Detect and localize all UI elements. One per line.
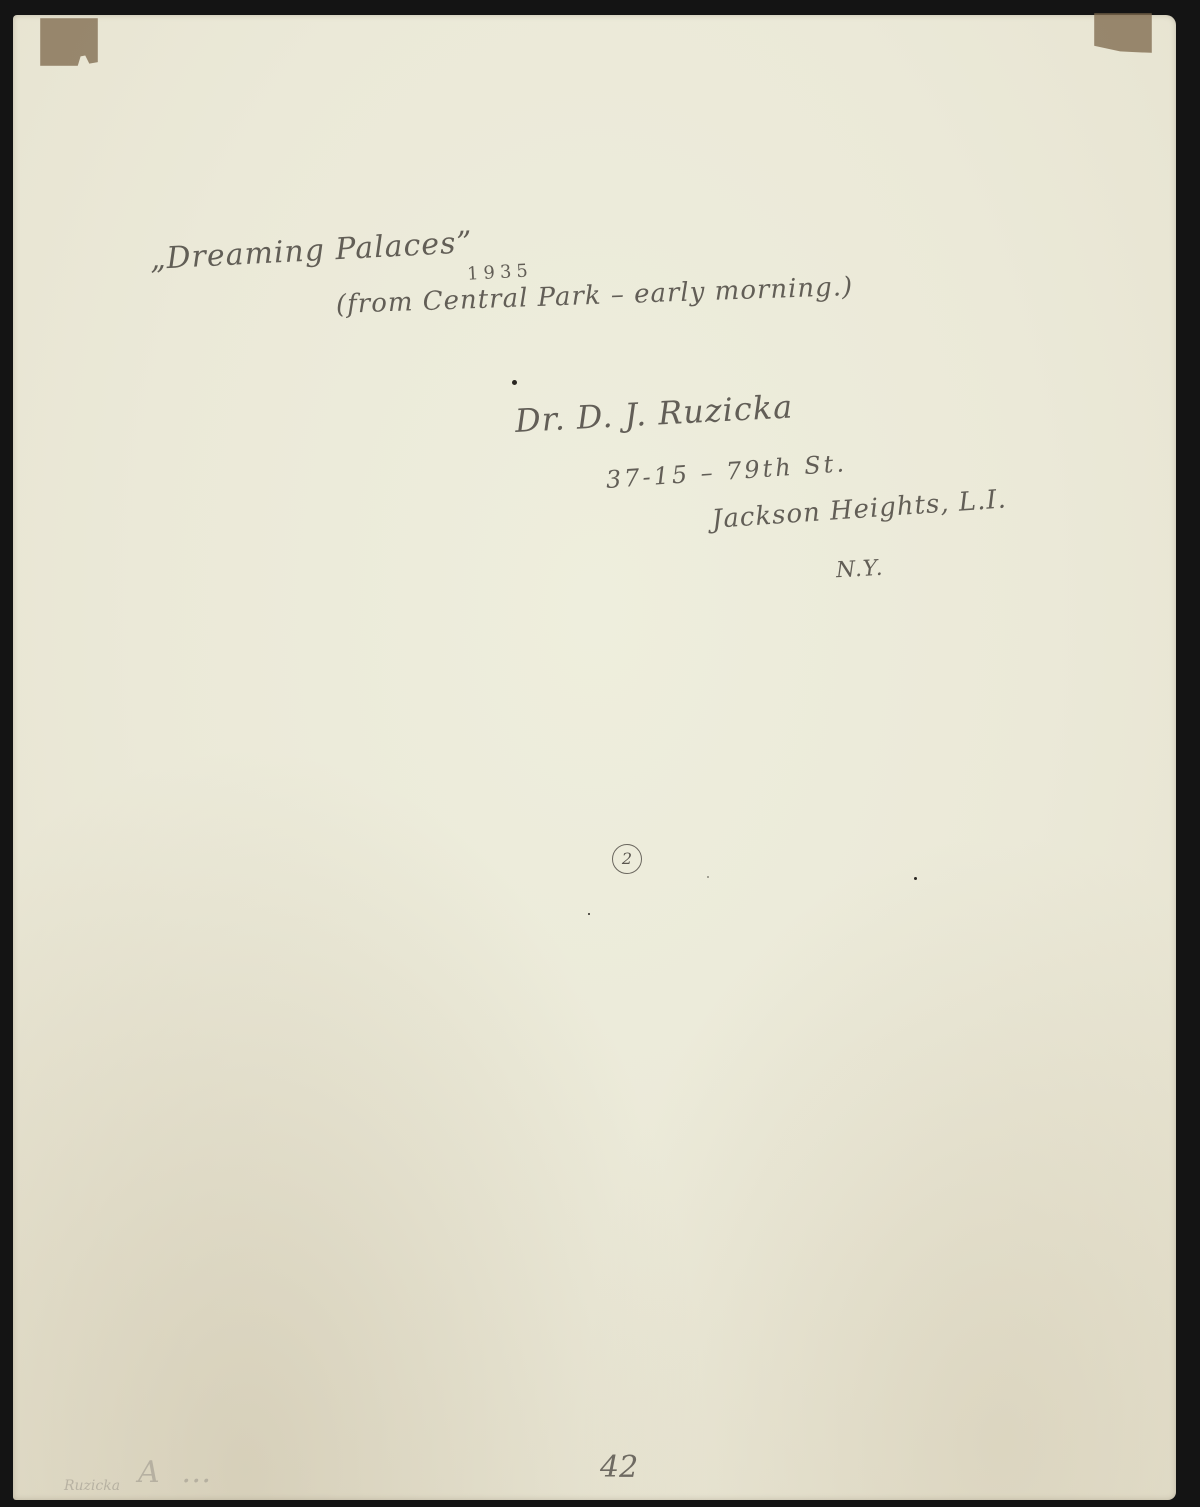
handwritten-state: N.Y. <box>835 556 884 583</box>
speck <box>914 877 917 880</box>
speck <box>588 913 590 915</box>
faint-mark: A … <box>138 1455 217 1490</box>
tape-residue-top-right <box>1094 13 1152 53</box>
speck <box>707 876 709 878</box>
ink-dot <box>512 380 517 385</box>
handwritten-year: 1935 <box>466 260 533 284</box>
photo-verso-sheet <box>13 15 1176 1500</box>
tape-residue-top-left <box>40 18 98 66</box>
scan-background: „Dreaming Palaces” 1935 (from Central Pa… <box>0 0 1200 1507</box>
faint-mark: Ruzicka <box>64 1478 120 1494</box>
page-number: 42 <box>600 1450 638 1485</box>
circled-number: 2 <box>612 844 642 874</box>
